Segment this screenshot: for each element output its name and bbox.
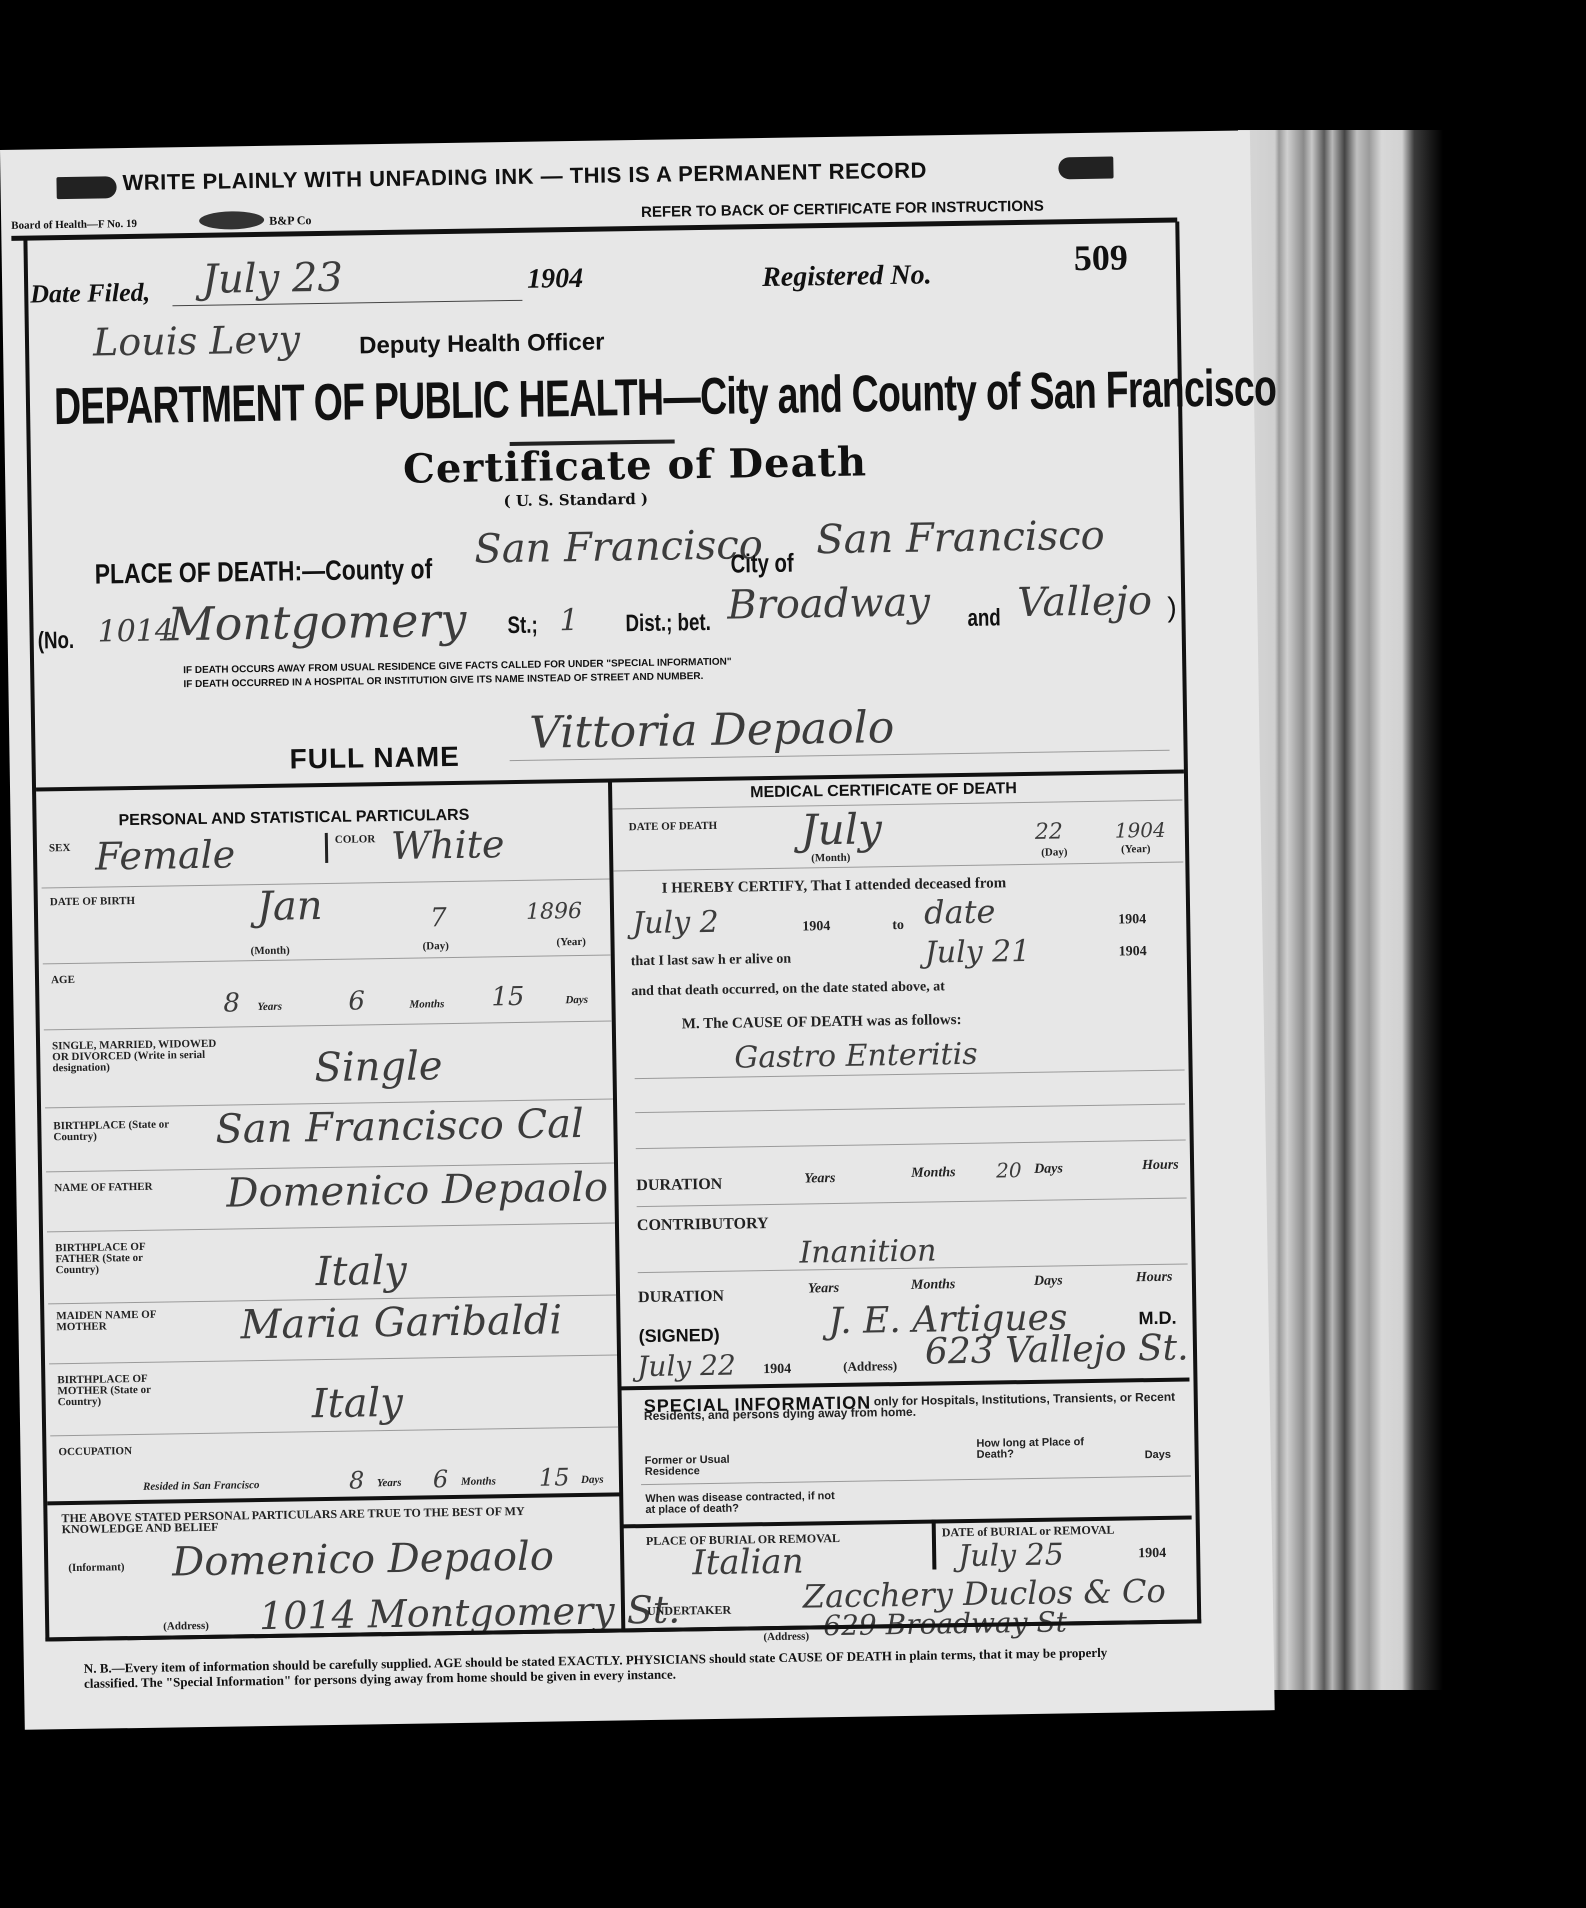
seal-icon <box>199 211 264 230</box>
cause-text: M. The CAUSE OF DEATH was as follows: <box>682 1015 962 1030</box>
city-value: San Francisco <box>816 513 1105 564</box>
duration-label-2: DURATION <box>638 1291 724 1303</box>
age-years: 8 <box>223 988 240 1018</box>
street-number: 1014 <box>97 613 174 649</box>
cause-of-death: Gastro Enteritis <box>734 1037 978 1076</box>
dist-label: Dist.; bet. <box>625 609 711 638</box>
resided-years: 8 <box>349 1466 365 1494</box>
form-id: Board of Health—F No. 19 <box>11 218 137 232</box>
refer-instructions: REFER TO BACK OF CERTIFICATE FOR INSTRUC… <box>641 198 1044 221</box>
dur2-years-caption: Years <box>808 1283 839 1294</box>
registered-label: Registered No. <box>762 259 932 294</box>
resided-months-caption: Months <box>461 1476 496 1488</box>
contributory-label: CONTRIBUTORY <box>637 1218 769 1231</box>
marital-value: Single <box>314 1043 443 1091</box>
age-years-caption: Years <box>257 1002 282 1013</box>
dur1-months-caption: Months <box>911 1167 956 1179</box>
resided-label: Resided in San Francisco <box>143 1480 260 1493</box>
mother-birthplace-value: Italy <box>311 1380 403 1427</box>
footer-note: N. B.—Every item of information should b… <box>84 1644 1144 1691</box>
place-of-death-label: PLACE OF DEATH:—County of <box>94 553 432 590</box>
signed-label: (SIGNED) <box>639 1325 720 1347</box>
last-saw-year: 1904 <box>1119 946 1147 957</box>
burial-year: 1904 <box>1138 1548 1166 1559</box>
st-label: St.; <box>507 612 538 640</box>
age-label: AGE <box>51 975 75 986</box>
color-label: COLOR <box>335 834 376 846</box>
city-label: City of <box>730 548 794 580</box>
md-label: M.D. <box>1138 1308 1176 1330</box>
age-days-caption: Days <box>565 995 588 1006</box>
filed-year: 1904 <box>527 263 583 296</box>
how-long-label: How long at Place of Death? <box>976 1437 1086 1461</box>
to-label: to <box>892 920 904 931</box>
former-residence-label: Former or Usual Residence <box>645 1455 735 1478</box>
pointing-hand-left-icon <box>1058 157 1113 180</box>
contracted-label: When was disease contracted, if not at p… <box>645 1491 845 1516</box>
last-saw-date: July 21 <box>924 934 1030 971</box>
dob-month: Jan <box>257 883 323 930</box>
burial-date-label: DATE of BURIAL or REMOVAL <box>942 1525 1115 1539</box>
age-months-caption: Months <box>409 999 444 1011</box>
printer-mark: B&P Co <box>269 213 312 229</box>
dod-day-caption: (Day) <box>1041 847 1067 858</box>
contributory-value: Inanition <box>799 1233 937 1270</box>
sex-label: SEX <box>49 843 71 854</box>
street-name: Montgomery <box>167 593 467 652</box>
dur1-days-caption: Days <box>1034 1163 1063 1174</box>
year-caption: (Year) <box>556 937 585 948</box>
sex-value: Female <box>95 832 236 878</box>
color-value: White <box>391 822 505 868</box>
undertaker-label: UNDERTAKER <box>647 1605 731 1617</box>
mother-birthplace-label: BIRTHPLACE OF MOTHER (State or Country) <box>57 1373 188 1408</box>
between-street-1: Broadway <box>727 579 930 628</box>
street-number-label: (No. <box>38 627 75 656</box>
informant-label: (Informant) <box>68 1562 124 1574</box>
burial-place-value: Italian <box>692 1542 804 1584</box>
attended-to-year: 1904 <box>1118 914 1146 925</box>
father-birthplace-label: BIRTHPLACE OF FATHER (State or Country) <box>55 1241 186 1276</box>
birthplace-label: BIRTHPLACE (State or Country) <box>53 1119 173 1143</box>
duration-label-1: DURATION <box>636 1179 722 1191</box>
dob-day: 7 <box>430 903 447 933</box>
burial-date-value: July 25 <box>958 1537 1064 1574</box>
resided-years-caption: Years <box>377 1478 402 1489</box>
dod-year-caption: (Year) <box>1121 844 1150 855</box>
day-caption: (Day) <box>422 941 448 952</box>
dist-number: 1 <box>559 603 579 638</box>
month-caption: (Month) <box>251 946 290 958</box>
death-certificate: WRITE PLAINLY WITH UNFADING INK — THIS I… <box>0 130 1275 1729</box>
date-of-death-label: DATE OF DEATH <box>629 821 718 833</box>
pointing-hand-right-icon <box>56 176 116 199</box>
days-label: Days <box>1145 1450 1171 1461</box>
and-label: and <box>967 604 1001 633</box>
marital-label: SINGLE, MARRIED, WIDOWED OR DIVORCED (Wr… <box>52 1038 232 1074</box>
signed-year: 1904 <box>763 1364 791 1375</box>
birthplace-value: San Francisco Cal <box>215 1101 584 1153</box>
standard-caption: ( U. S. Standard ) <box>503 490 648 510</box>
resided-months: 6 <box>433 1465 449 1493</box>
certificate-title: Certificate of Death <box>403 438 868 492</box>
informant-address-label: (Address) <box>163 1621 209 1633</box>
last-saw-text: that I last saw h er alive on <box>631 954 792 968</box>
attended-to: date <box>924 892 996 931</box>
officer-signature: Louis Levy <box>93 317 301 364</box>
dur2-months-caption: Months <box>911 1279 956 1291</box>
dod-month-caption: (Month) <box>811 853 850 865</box>
resided-days-caption: Days <box>581 1475 604 1486</box>
informant-value: Domenico Depaolo <box>172 1533 554 1585</box>
date-of-death-year: 1904 <box>1115 818 1166 843</box>
mother-name-value: Maria Garibaldi <box>240 1297 562 1348</box>
dob-label: DATE OF BIRTH <box>50 896 135 908</box>
banner-text: WRITE PLAINLY WITH UNFADING INK — THIS I… <box>122 157 927 196</box>
signed-date: July 22 <box>637 1349 736 1384</box>
date-filed-label: Date Filed, <box>30 278 150 310</box>
age-days: 15 <box>491 982 525 1013</box>
father-birthplace-value: Italy <box>315 1248 407 1295</box>
age-months: 6 <box>348 986 365 1016</box>
attended-from: July 2 <box>632 905 719 941</box>
physician-address-label: (Address) <box>843 1360 897 1372</box>
occurred-text: and that death occurred, on the date sta… <box>631 981 945 997</box>
dob-year: 1896 <box>526 899 582 925</box>
dur1-years-caption: Years <box>804 1173 835 1184</box>
mother-name-label: MAIDEN NAME OF MOTHER <box>56 1309 186 1333</box>
attended-from-year: 1904 <box>802 921 830 932</box>
dur1-days: 20 <box>996 1158 1022 1182</box>
dur2-hours-caption: Hours <box>1136 1272 1173 1284</box>
father-name-value: Domenico Depaolo <box>226 1165 608 1217</box>
registered-number: 509 <box>1074 236 1129 279</box>
physician-address-value: 623 Vallejo St. <box>925 1327 1189 1372</box>
date-of-death-month: July <box>800 804 882 854</box>
full-name-label: FULL NAME <box>289 741 460 776</box>
county-value: San Francisco <box>474 522 763 573</box>
undertaker-address-label: (Address) <box>763 1631 809 1643</box>
full-name-value: Vittoria Depaolo <box>529 702 895 759</box>
occupation-label: OCCUPATION <box>58 1446 132 1458</box>
dur1-hours-caption: Hours <box>1142 1160 1179 1172</box>
father-name-label: NAME OF FATHER <box>54 1182 154 1195</box>
dur2-days-caption: Days <box>1034 1275 1063 1286</box>
resided-days: 15 <box>539 1463 570 1491</box>
officer-title: Deputy Health Officer <box>359 329 605 361</box>
date-of-death-day: 22 <box>1035 819 1063 844</box>
between-street-2: Vallejo <box>1017 578 1153 626</box>
date-filed-value: July 23 <box>202 255 344 303</box>
